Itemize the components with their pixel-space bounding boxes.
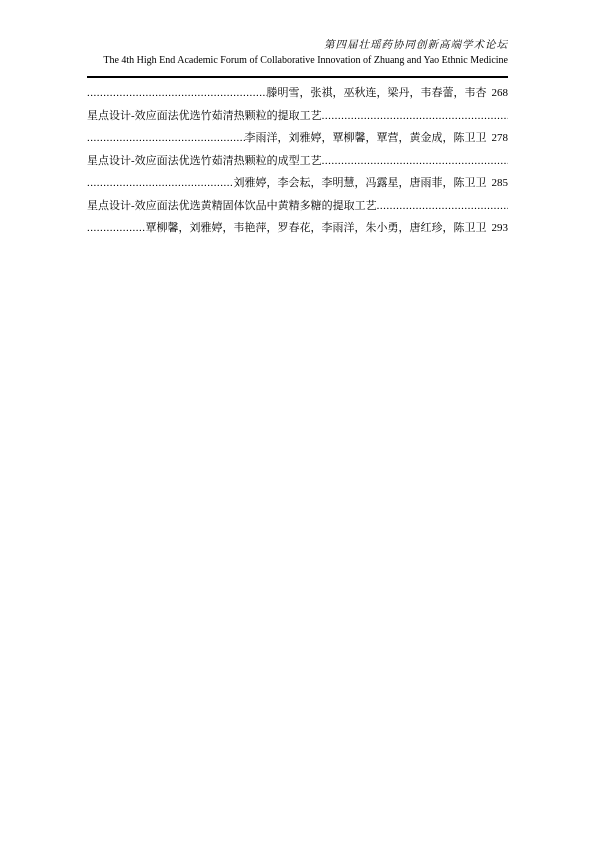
dot-leader [87, 82, 267, 105]
page-content: 第四届壮瑶药协同创新高端学术论坛 The 4th High End Academ… [87, 39, 508, 240]
dot-leader [322, 150, 508, 173]
running-header: 第四届壮瑶药协同创新高端学术论坛 The 4th High End Academ… [87, 39, 508, 78]
dot-leader [377, 195, 508, 218]
toc-page-number: 268 [492, 82, 509, 105]
dot-leader [322, 105, 508, 128]
toc-authors: 覃柳馨，刘雅婷，韦艳萍，罗春花，李雨洋，朱小勇，唐红珍，陈卫卫 [146, 217, 487, 240]
dot-leader [87, 172, 234, 195]
toc-entry-authors: 滕明雪，张祺，巫秋连，梁丹，韦春蕾，韦杏 268 [87, 82, 508, 105]
toc-authors: 刘雅婷，李会耘，李明慧，冯露星，唐雨菲，陈卫卫 [234, 172, 487, 195]
toc-entry-authors: 刘雅婷，李会耘，李明慧，冯露星，唐雨菲，陈卫卫 285 [87, 172, 508, 195]
toc-page-number: 285 [492, 172, 509, 195]
toc-entry-authors: 李雨洋，刘雅婷，覃柳馨，覃营，黄金成，陈卫卫 278 [87, 127, 508, 150]
toc-entry-title: 星点设计-效应面法优选竹茹清热颗粒的成型工艺 [87, 150, 508, 173]
toc-entry-authors: 覃柳馨，刘雅婷，韦艳萍，罗春花，李雨洋，朱小勇，唐红珍，陈卫卫 293 [87, 217, 508, 240]
table-of-contents: 滕明雪，张祺，巫秋连，梁丹，韦春蕾，韦杏 268 星点设计-效应面法优选竹茹清热… [87, 82, 508, 240]
toc-title: 星点设计-效应面法优选竹茹清热颗粒的成型工艺 [87, 150, 322, 173]
toc-page-number: 293 [492, 217, 509, 240]
forum-title-zh: 第四届壮瑶药协同创新高端学术论坛 [87, 39, 508, 52]
forum-title-en: The 4th High End Academic Forum of Colla… [87, 54, 508, 67]
dot-leader [87, 127, 245, 150]
toc-entry-title: 星点设计-效应面法优选竹茹清热颗粒的提取工艺 [87, 105, 508, 128]
toc-title: 星点设计-效应面法优选黄精固体饮品中黄精多糖的提取工艺 [87, 195, 377, 218]
toc-title: 星点设计-效应面法优选竹茹清热颗粒的提取工艺 [87, 105, 322, 128]
dot-leader [87, 217, 146, 240]
toc-authors: 李雨洋，刘雅婷，覃柳馨，覃营，黄金成，陈卫卫 [245, 127, 487, 150]
toc-entry-title: 星点设计-效应面法优选黄精固体饮品中黄精多糖的提取工艺 [87, 195, 508, 218]
toc-page-number: 278 [492, 127, 509, 150]
header-rule [87, 76, 508, 78]
document-page: 第四届壮瑶药协同创新高端学术论坛 The 4th High End Academ… [0, 0, 595, 842]
toc-authors: 滕明雪，张祺，巫秋连，梁丹，韦春蕾，韦杏 [267, 82, 487, 105]
